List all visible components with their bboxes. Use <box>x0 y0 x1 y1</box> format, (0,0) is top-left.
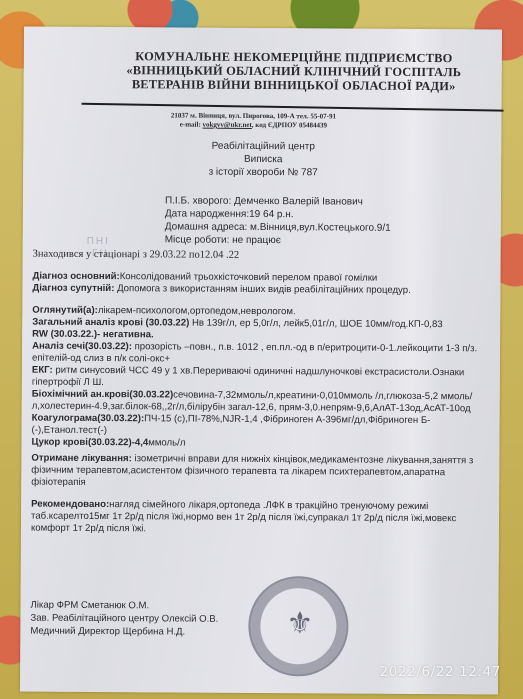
contact-line: e-mail: vokgvv@ukr.net, код ЄДРПОУ 05484… <box>143 120 363 130</box>
section-label: Біохімічний ан.крові(30.03.22) <box>32 389 173 401</box>
section-text: Нв 139г/л, ер 5,0г/л, лейк5,01г/л, ШОЕ 1… <box>192 318 443 331</box>
document-type: Виписка <box>173 152 353 166</box>
organization-address: 21037 м. Вінниця, вул. Пирогова, 109-А т… <box>143 111 363 130</box>
section-text: лікарем-психологом,ортопедом,неврологом. <box>98 305 296 317</box>
org-line: ВЕТЕРАНІВ ВІЙНИ ВІННИЦЬКОЇ ОБЛАСНОЇ РАДИ… <box>94 77 494 93</box>
email-label: e-mail: <box>180 120 201 128</box>
section-label: RW (30.03.22.)- негативна. <box>32 329 154 341</box>
trident-icon: ⚜ <box>286 606 313 641</box>
camera-timestamp: 2022/6/22 12:47 <box>380 664 501 680</box>
section-label: ЕКГ <box>32 365 50 376</box>
section-text: ритм синусовий ЧСС 49 у 1 хв.Перериваючі… <box>32 365 464 388</box>
section-label: Загальний аналіз крові (30.03.22) <box>32 317 189 329</box>
organization-header: КОМУНАЛЬНЕ НЕКОМЕРЦІЙНЕ ПІДПРИЄМСТВО «ВІ… <box>94 49 494 93</box>
report-section: Коагулограма(30.03.22):ПЧ-15 (с),ПІ-78%,… <box>32 413 494 440</box>
email-link: vokgvv@ukr.net <box>203 121 252 129</box>
report-section: ЕКГ: ритм синусовий ЧСС 49 у 1 хв.Перери… <box>32 365 494 392</box>
section-label: Отримане лікування <box>31 453 128 465</box>
section-text: Допомога з використанням інших видів реа… <box>117 283 411 296</box>
section-label: Діагноз основний <box>32 271 116 283</box>
section-label: Цукор крові(30.03.22)-4,4 <box>31 437 148 449</box>
discharge-document: КОМУНАЛЬНЕ НЕКОМЕРЦІЙНЕ ПІДПРИЄМСТВО «ВІ… <box>20 27 502 695</box>
section-label: Рекомендовано <box>31 499 106 510</box>
signer-doctor: Лікар ФРМ Сметанюк О.М. <box>30 599 218 613</box>
edrpou-code: код ЄДРПОУ 05484439 <box>255 121 327 129</box>
signer-director: Медичний Директор Щербина Н.Д. <box>30 625 218 639</box>
section-text: ммоль/л <box>148 437 185 448</box>
section-label: Коагулограма(30.03.22): <box>32 413 145 425</box>
center-name: Реабілітаційний центр <box>173 139 353 153</box>
patient-info: П.І.Б. хворого: Демченко Валерій Іванови… <box>165 194 391 247</box>
section-label: Аналіз сечі(30.03.22) <box>32 341 129 353</box>
section-text: Консолідований трьохкісточковий перелом … <box>120 271 378 284</box>
ghost-mark: ПНІ <box>87 236 110 248</box>
signatures: Лікар ФРМ Сметанюк О.М. Зав. Реабілітаці… <box>30 599 218 639</box>
case-number: з історії хвороби № 787 <box>173 165 353 179</box>
medical-report-body: Знаходився у стаціонарі з 29.03.22 по12.… <box>31 249 495 538</box>
official-stamp: ⚜ <box>248 576 349 677</box>
report-section: Біохімічний ан.крові(30.03.22)сечовина-7… <box>32 389 494 416</box>
report-section: Отримане лікування: ізометричні вправи д… <box>31 453 493 492</box>
section-label: Оглянутий(а) <box>32 305 94 316</box>
patient-work: Місце роботи: не працює <box>165 233 391 247</box>
report-section: Аналіз сечі(30.03.22): прозорість –повн.… <box>32 341 494 368</box>
report-section: Рекомендовано:нагляд сімейного лікаря,ор… <box>31 499 493 538</box>
section-label: Діагноз супутній <box>32 283 111 294</box>
document-title-block: Реабілітаційний центр Виписка з історії … <box>173 139 353 179</box>
signer-head: Зав. Реабілітаційного центру Олексій О.В… <box>30 612 218 626</box>
